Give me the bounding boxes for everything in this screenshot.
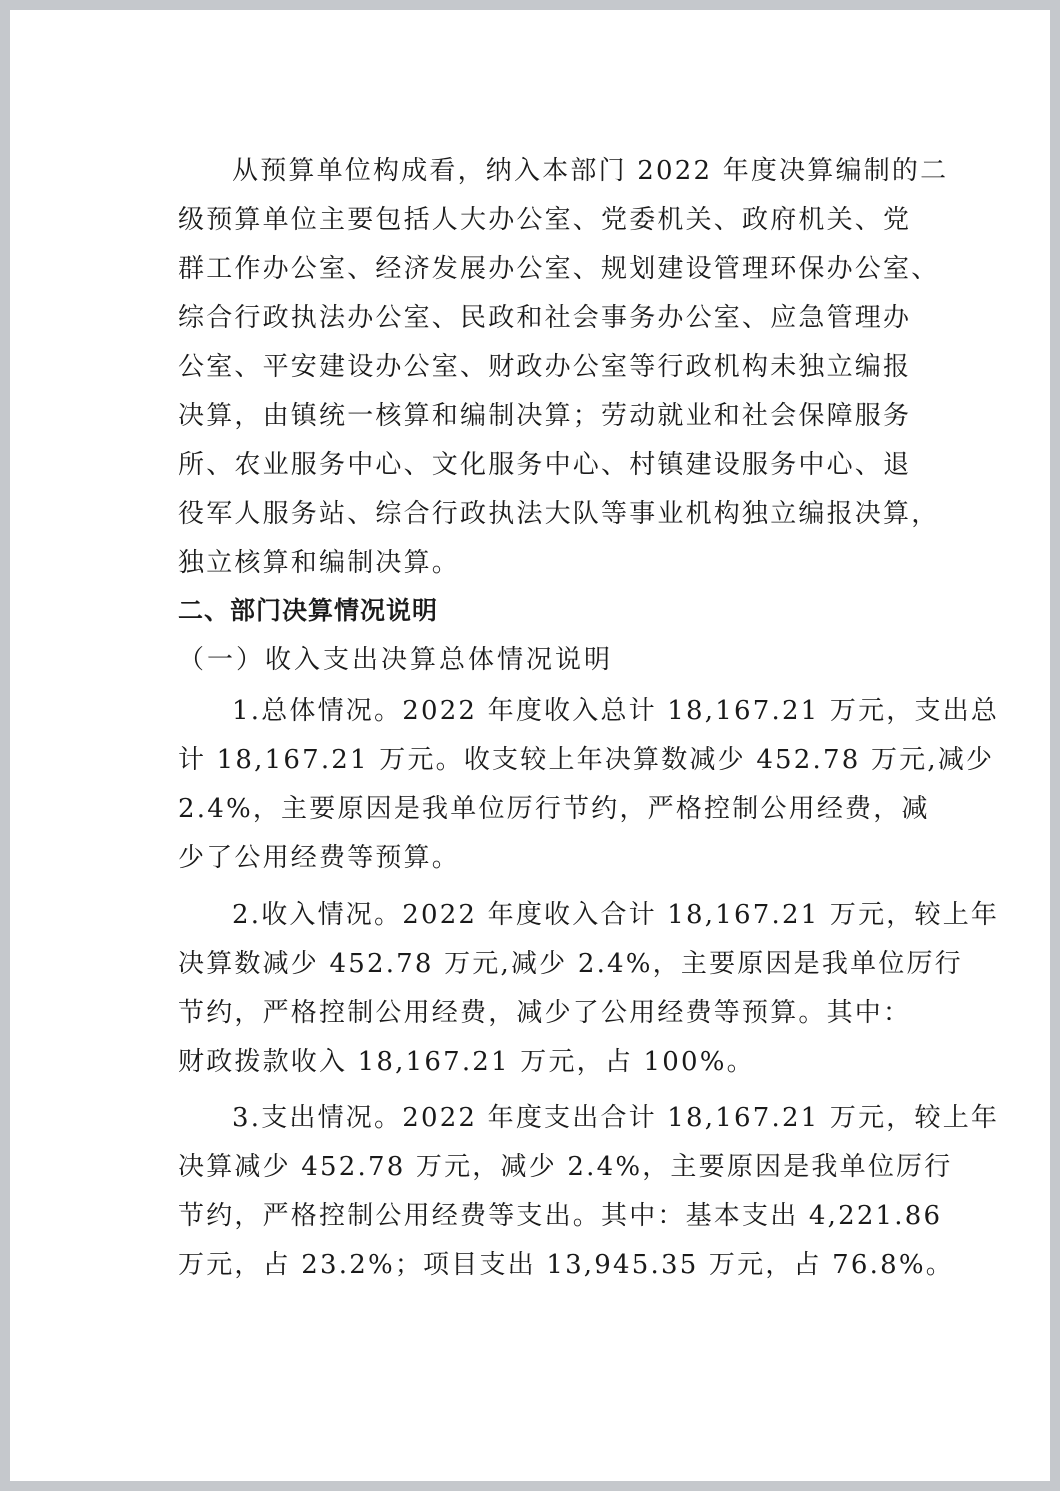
text-line: 决算减少 452.78 万元，减少 2.4%，主要原因是我单位厉行 [178, 1149, 938, 1185]
text-line: 1.总体情况。2022 年度收入总计 18,167.21 万元，支出总 [232, 693, 992, 729]
text-line: 群工作办公室、经济发展办公室、规划建设管理环保办公室、 [178, 251, 938, 287]
subsection-heading: （一）收入支出决算总体情况说明 [178, 642, 938, 678]
text-line: 决算，由镇统一核算和编制决算；劳动就业和社会保障服务 [178, 398, 938, 434]
text-line: 少了公用经费等预算。 [178, 840, 938, 876]
text-line: 3.支出情况。2022 年度支出合计 18,167.21 万元，较上年 [232, 1100, 992, 1136]
text-line: 节约，严格控制公用经费等支出。其中：基本支出 4,221.86 [178, 1198, 938, 1234]
text-line: 综合行政执法办公室、民政和社会事务办公室、应急管理办 [178, 300, 938, 336]
text-line: 级预算单位主要包括人大办公室、党委机关、政府机关、党 [178, 202, 938, 238]
text-line: 独立核算和编制决算。 [178, 545, 938, 581]
text-line: 万元，占 23.2%；项目支出 13,945.35 万元，占 76.8%。 [178, 1247, 938, 1283]
text-line: 公室、平安建设办公室、财政办公室等行政机构未独立编报 [178, 349, 938, 385]
text-line: 2.收入情况。2022 年度收入合计 18,167.21 万元，较上年 [232, 897, 992, 933]
text-line: 2.4%，主要原因是我单位厉行节约，严格控制公用经费，减 [178, 791, 938, 827]
text-line: 从预算单位构成看，纳入本部门 2022 年度决算编制的二 [232, 153, 992, 189]
text-line: 所、农业服务中心、文化服务中心、村镇建设服务中心、退 [178, 447, 938, 483]
text-line: 节约，严格控制公用经费，减少了公用经费等预算。其中： [178, 995, 938, 1031]
document-page: 从预算单位构成看，纳入本部门 2022 年度决算编制的二 级预算单位主要包括人大… [10, 10, 1050, 1481]
text-line: 役军人服务站、综合行政执法大队等事业机构独立编报决算， [178, 496, 938, 532]
text-line: 财政拨款收入 18,167.21 万元，占 100%。 [178, 1044, 938, 1080]
section-heading: 二、部门决算情况说明 [178, 593, 938, 629]
text-line: 决算数减少 452.78 万元,减少 2.4%，主要原因是我单位厉行 [178, 946, 938, 982]
text-line: 计 18,167.21 万元。收支较上年决算数减少 452.78 万元,减少 [178, 742, 938, 778]
